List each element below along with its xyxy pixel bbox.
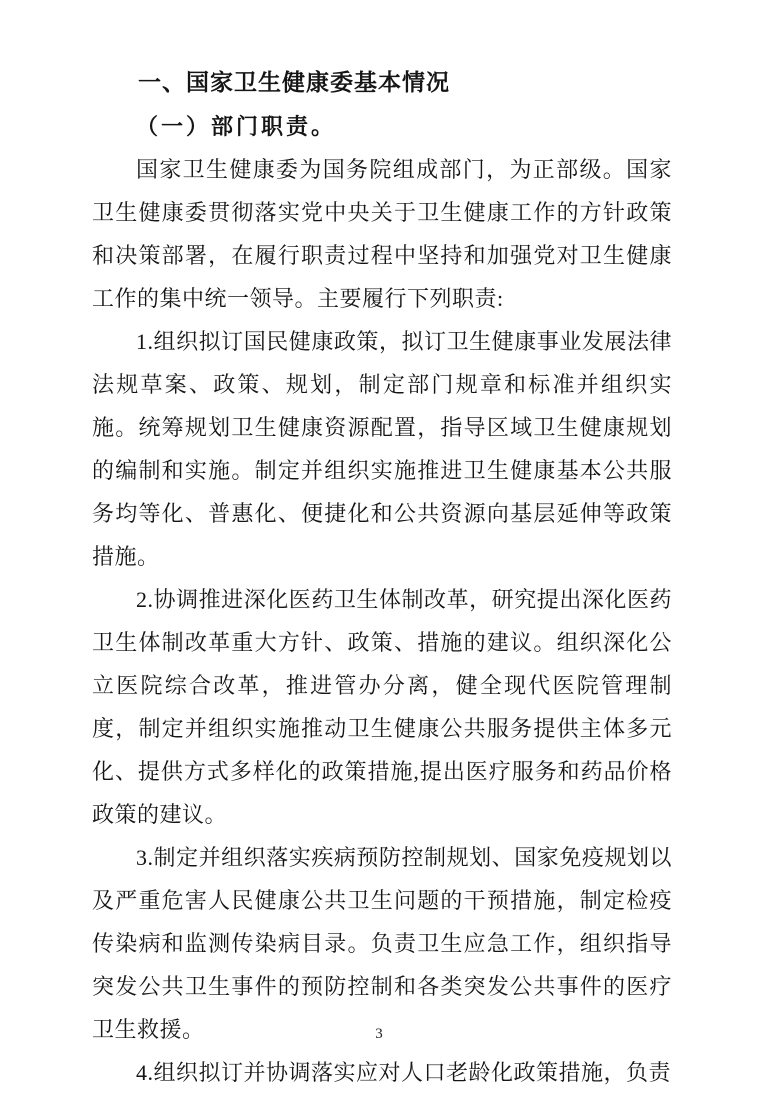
paragraph-duty-1: 1.组织拟订国民健康政策，拟订卫生健康事业发展法律法规草案、政策、规划，制定部门…	[92, 320, 672, 578]
page-number: 3	[0, 1026, 758, 1043]
section-heading: 一、国家卫生健康委基本情况	[92, 62, 672, 105]
paragraph-duty-3: 3.制定并组织落实疾病预防控制规划、国家免疫规划以及严重危害人民健康公共卫生问题…	[92, 836, 672, 1051]
subsection-heading: （一）部门职责。	[92, 105, 672, 148]
paragraph-duty-2: 2.协调推进深化医药卫生体制改革，研究提出深化医药卫生体制改革重大方针、政策、措…	[92, 578, 672, 836]
document-content: 一、国家卫生健康委基本情况 （一）部门职责。 国家卫生健康委为国务院组成部门，为…	[0, 0, 758, 1094]
paragraph-duty-4: 4.组织拟订并协调落实应对人口老龄化政策措施，负责	[92, 1051, 672, 1094]
document-page: 一、国家卫生健康委基本情况 （一）部门职责。 国家卫生健康委为国务院组成部门，为…	[0, 0, 758, 1100]
paragraph-intro: 国家卫生健康委为国务院组成部门，为正部级。国家卫生健康委贯彻落实党中央关于卫生健…	[92, 148, 672, 320]
